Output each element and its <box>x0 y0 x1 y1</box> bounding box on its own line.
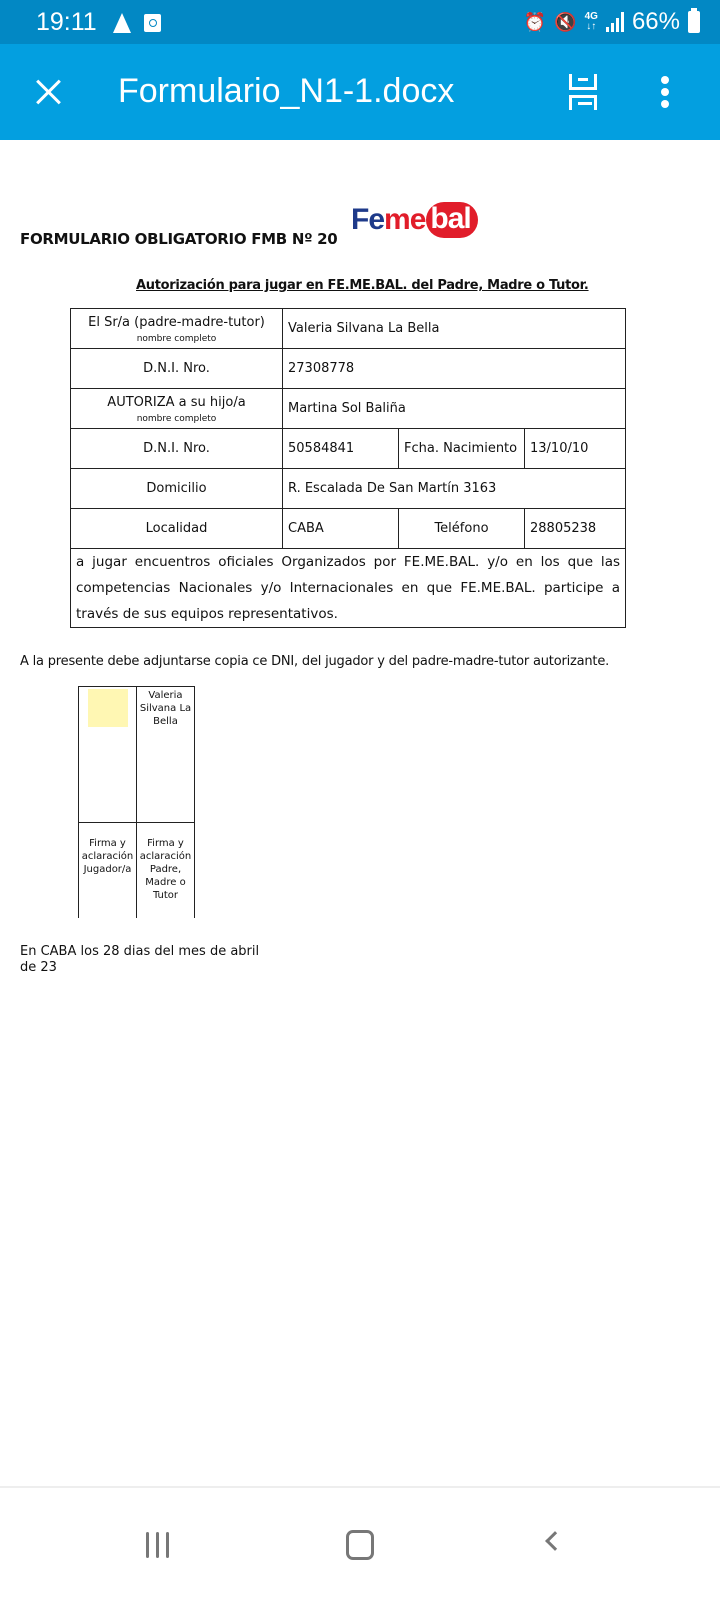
address: R. Escalada De San Martín 3163 <box>283 469 626 509</box>
reading-mode-icon[interactable] <box>569 74 599 110</box>
table-row: D.N.I. Nro. 27308778 <box>71 349 626 389</box>
table-row: El Sr/a (padre-madre-tutor) nombre compl… <box>71 309 626 349</box>
status-bar: 19:11 ⏰ 🔇 4G↓↑ 66% <box>0 0 720 44</box>
signature-table: Valeria Silvana La Bella Firma y aclarac… <box>78 686 195 918</box>
birth-date: 13/10/10 <box>525 429 626 469</box>
player-signature-cell <box>79 687 137 823</box>
close-icon[interactable] <box>30 74 66 110</box>
child-dni: 50584841 <box>283 429 399 469</box>
table-row: Firma y aclaración Jugador/a Firma y acl… <box>79 823 195 918</box>
home-icon[interactable] <box>346 1530 374 1560</box>
highlighted-name <box>88 689 128 727</box>
table-row: a jugar encuentros oficiales Organizados… <box>71 549 626 628</box>
signal-icon <box>606 12 624 32</box>
battery-percent: 66% <box>632 8 680 36</box>
phone: 28805238 <box>525 509 626 549</box>
clock: 19:11 <box>36 8 97 37</box>
phone-label: Teléfono <box>399 509 525 549</box>
date-line: En CABA los 28 dias del mes de abril de … <box>20 944 270 976</box>
document-title: Formulario_N1-1.docx <box>118 72 454 111</box>
city: CABA <box>283 509 399 549</box>
app-bar: Formulario_N1-1.docx <box>0 44 720 140</box>
form-title: FORMULARIO OBLIGATORIO FMB Nº 20 <box>20 230 337 248</box>
parent-name: Valeria Silvana La Bella <box>283 309 626 349</box>
child-label-cell: AUTORIZA a su hijo/a nombre completo <box>71 389 283 429</box>
parent-signature-caption: Firma y aclaración Padre, Madre o Tutor <box>137 823 195 918</box>
authorization-table: El Sr/a (padre-madre-tutor) nombre compl… <box>70 308 626 628</box>
parent-label-cell: El Sr/a (padre-madre-tutor) nombre compl… <box>71 309 283 349</box>
navigation-bar <box>0 1486 720 1600</box>
femebal-logo: Femebal <box>351 198 478 242</box>
address-label: Domicilio <box>71 469 283 509</box>
mute-icon: 🔇 <box>554 12 576 33</box>
child-name: Martina Sol Baliña <box>283 389 626 429</box>
child-dni-label: D.N.I. Nro. <box>71 429 283 469</box>
back-icon[interactable] <box>545 1531 565 1551</box>
parent-dni: 27308778 <box>283 349 626 389</box>
authorization-text: a jugar encuentros oficiales Organizados… <box>71 549 626 628</box>
more-options-icon[interactable] <box>658 74 672 110</box>
navigation-icon <box>113 13 131 33</box>
alarm-icon: ⏰ <box>524 12 546 33</box>
player-signature-caption: Firma y aclaración Jugador/a <box>79 823 137 918</box>
parent-signature-name: Valeria Silvana La Bella <box>137 687 195 823</box>
notification-icon <box>144 14 161 32</box>
network-icon: 4G↓↑ <box>585 12 598 32</box>
form-subtitle: Autorización para jugar en FE.ME.BAL. de… <box>136 278 589 293</box>
recent-apps-icon[interactable] <box>146 1532 170 1558</box>
table-row: Valeria Silvana La Bella <box>79 687 195 823</box>
attachment-note: A la presente debe adjuntarse copia ce D… <box>20 654 609 669</box>
table-row: AUTORIZA a su hijo/a nombre completo Mar… <box>71 389 626 429</box>
status-icons: ⏰ 🔇 4G↓↑ 66% <box>524 8 700 36</box>
document-view[interactable]: Femebal FORMULARIO OBLIGATORIO FMB Nº 20… <box>0 140 720 1486</box>
city-label: Localidad <box>71 509 283 549</box>
table-row: D.N.I. Nro. 50584841 Fcha. Nacimiento 13… <box>71 429 626 469</box>
table-row: Localidad CABA Teléfono 28805238 <box>71 509 626 549</box>
battery-icon <box>688 11 700 33</box>
parent-dni-label: D.N.I. Nro. <box>71 349 283 389</box>
table-row: Domicilio R. Escalada De San Martín 3163 <box>71 469 626 509</box>
birth-date-label: Fcha. Nacimiento <box>399 429 525 469</box>
